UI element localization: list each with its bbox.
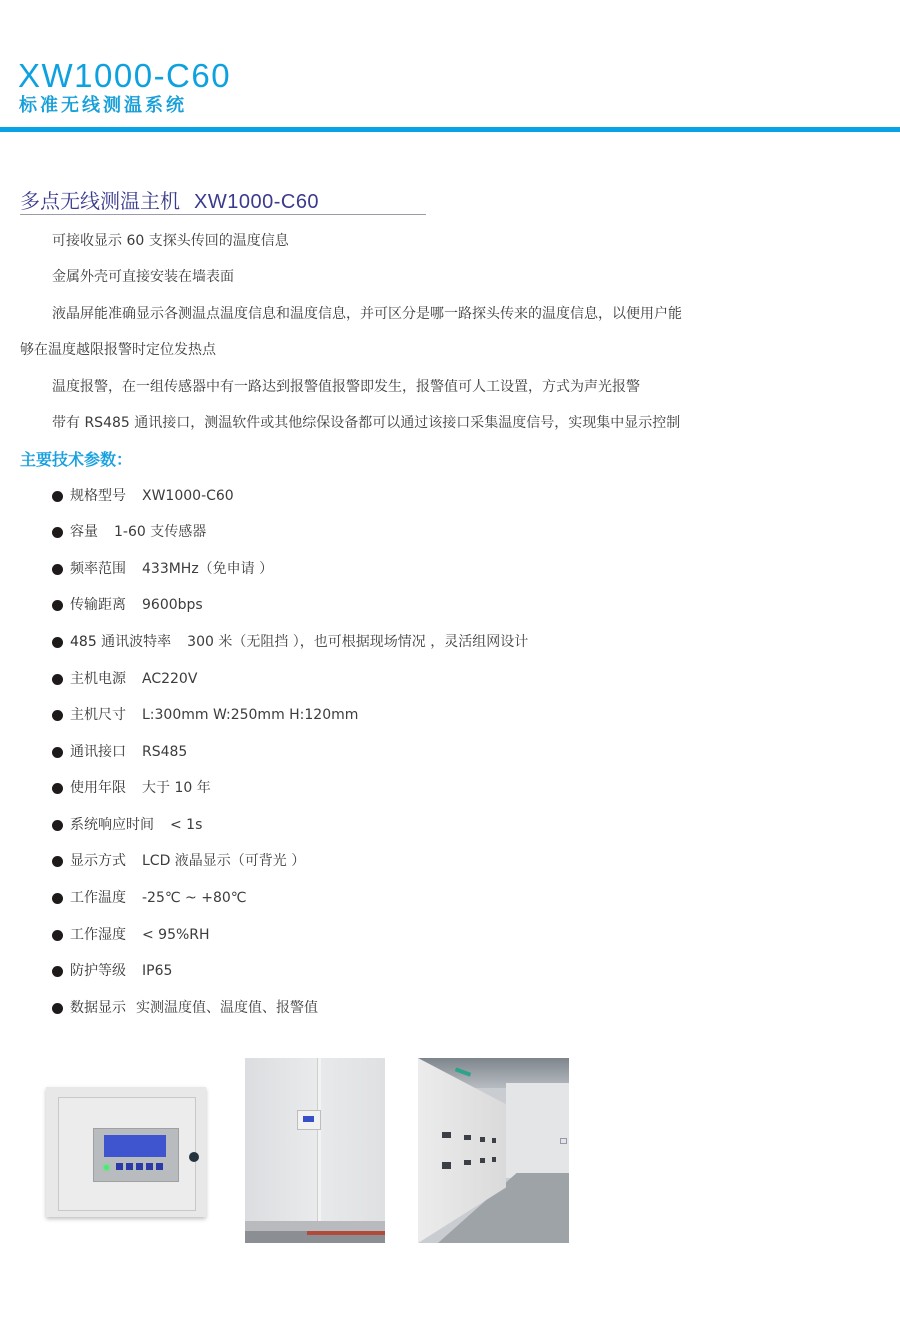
spec-label: 工作湿度 <box>70 925 126 945</box>
spec-label: 容量 <box>70 522 98 542</box>
spec-label: 使用年限 <box>70 778 126 798</box>
bullet-icon <box>52 930 63 941</box>
bullet-icon <box>52 856 63 867</box>
spec-item: 主机尺寸L:300mm W:250mm H:120mm <box>52 705 358 725</box>
spec-value: XW1000-C60 <box>142 486 234 506</box>
cabinet-window <box>492 1138 496 1143</box>
switch-room-photo <box>418 1058 569 1243</box>
baseboard <box>245 1221 385 1231</box>
bullet-icon <box>52 1003 63 1014</box>
cabinet-window <box>492 1157 496 1162</box>
spec-label: 工作温度 <box>70 888 126 908</box>
spec-value: L:300mm W:250mm H:120mm <box>142 705 358 725</box>
bullet-icon <box>52 674 63 685</box>
spec-label: 防护等级 <box>70 961 126 981</box>
spec-item: 工作温度-25℃ ~ +80℃ <box>52 888 247 908</box>
power-led-icon <box>104 1165 109 1170</box>
section-title-text: 多点无线测温主机 <box>20 189 180 213</box>
spec-label: 系统响应时间 <box>70 815 154 835</box>
spec-label: 频率范围 <box>70 559 126 579</box>
device-key <box>146 1163 153 1170</box>
spec-value: RS485 <box>142 742 187 762</box>
spec-value: AC220V <box>142 669 197 689</box>
params-title: 主要技术参数： <box>20 449 132 471</box>
bullet-icon <box>52 747 63 758</box>
feature-line: 可接收显示 60 支探头传回的温度信息 <box>52 231 289 251</box>
bullet-icon <box>52 527 63 538</box>
wall-mounted-unit <box>297 1110 321 1130</box>
feature-line: 带有 RS485 通讯接口，测温软件或其他综保设备都可以通过该接口采集温度信号，… <box>52 413 680 433</box>
cabinet-window <box>480 1137 485 1142</box>
spec-value: 实测温度值、温度值、报警值 <box>136 998 318 1018</box>
spec-label: 通讯接口 <box>70 742 126 762</box>
spec-item: 防护等级IP65 <box>52 961 172 981</box>
bullet-icon <box>52 637 63 648</box>
spec-item: 容量1-60 支传感器 <box>52 522 206 542</box>
cabinet-window <box>442 1162 451 1169</box>
device-key <box>136 1163 143 1170</box>
spec-value: 1-60 支传感器 <box>114 522 206 542</box>
spec-value: 9600bps <box>142 595 203 615</box>
spec-item: 显示方式LCD 液晶显示（可背光 ） <box>52 851 305 871</box>
spec-value: -25℃ ~ +80℃ <box>142 888 247 908</box>
bullet-icon <box>52 564 63 575</box>
spec-item: 使用年限大于 10 年 <box>52 778 211 798</box>
bullet-icon <box>52 491 63 502</box>
lcd-screen <box>104 1135 166 1157</box>
conduit-pipe <box>317 1058 321 1228</box>
spec-value: < 1s <box>170 815 202 835</box>
spec-item: 数据显示实测温度值、温度值、报警值 <box>52 998 318 1018</box>
spec-value: 大于 10 年 <box>142 778 211 798</box>
device-photo <box>46 1087 206 1217</box>
brand-subtitle: 标准无线测温系统 <box>19 95 187 117</box>
device-key <box>116 1163 123 1170</box>
bullet-icon <box>52 893 63 904</box>
feature-line: 金属外壳可直接安装在墙表面 <box>52 267 234 287</box>
spec-item: 传输距离9600bps <box>52 595 203 615</box>
feature-line: 液晶屏能准确显示各测温点温度信息和温度信息，并可区分是哪一路探头传来的温度信息，… <box>52 304 682 324</box>
cabinet-window <box>480 1158 485 1163</box>
spec-item: 485 通讯波特率300 米（无阻挡 ），也可根据现场情况 ，灵活组网设计 <box>52 632 528 652</box>
spec-value: < 95%RH <box>142 925 210 945</box>
header-divider <box>0 127 900 132</box>
spec-value: LCD 液晶显示（可背光 ） <box>142 851 305 871</box>
brand-model-title: XW1000-C60 <box>18 58 231 94</box>
cabinet-window <box>442 1132 451 1138</box>
spec-label: 主机电源 <box>70 669 126 689</box>
section-underline <box>20 214 426 215</box>
spec-item: 主机电源AC220V <box>52 669 197 689</box>
bullet-icon <box>52 783 63 794</box>
feature-line: 温度报警，在一组传感器中有一路达到报警值报警即发生，报警值可人工设置，方式为声光… <box>52 377 640 397</box>
spec-label: 传输距离 <box>70 595 126 615</box>
back-wall <box>506 1083 569 1178</box>
red-trim <box>307 1231 385 1235</box>
device-key <box>156 1163 163 1170</box>
spec-label: 规格型号 <box>70 486 126 506</box>
device-control-panel <box>93 1128 179 1182</box>
spec-label: 数据显示 <box>70 998 126 1018</box>
spec-item: 频率范围433MHz（免申请 ） <box>52 559 273 579</box>
spec-item: 系统响应时间< 1s <box>52 815 202 835</box>
spec-item: 通讯接口RS485 <box>52 742 187 762</box>
bullet-icon <box>52 966 63 977</box>
bullet-icon <box>52 600 63 611</box>
section-title-model: XW1000-C60 <box>194 191 319 213</box>
device-key <box>126 1163 133 1170</box>
bullet-icon <box>52 710 63 721</box>
spec-label: 485 通讯波特率 <box>70 632 171 652</box>
spec-label: 显示方式 <box>70 851 126 871</box>
bullet-icon <box>52 820 63 831</box>
wall-unit <box>560 1138 567 1144</box>
spec-item: 工作湿度< 95%RH <box>52 925 210 945</box>
spec-value: IP65 <box>142 961 172 981</box>
spec-value: 300 米（无阻挡 ），也可根据现场情况 ，灵活组网设计 <box>187 632 528 652</box>
feature-line: 够在温度越限报警时定位发热点 <box>20 340 216 360</box>
lock-icon <box>189 1152 199 1162</box>
spec-item: 规格型号XW1000-C60 <box>52 486 234 506</box>
section-title: 多点无线测温主机XW1000-C60 <box>20 188 319 215</box>
device-door <box>58 1097 196 1211</box>
cabinet-window <box>464 1160 471 1165</box>
spec-value: 433MHz（免申请 ） <box>142 559 273 579</box>
cabinet-window <box>464 1135 471 1140</box>
spec-label: 主机尺寸 <box>70 705 126 725</box>
wall-install-photo <box>245 1058 385 1243</box>
